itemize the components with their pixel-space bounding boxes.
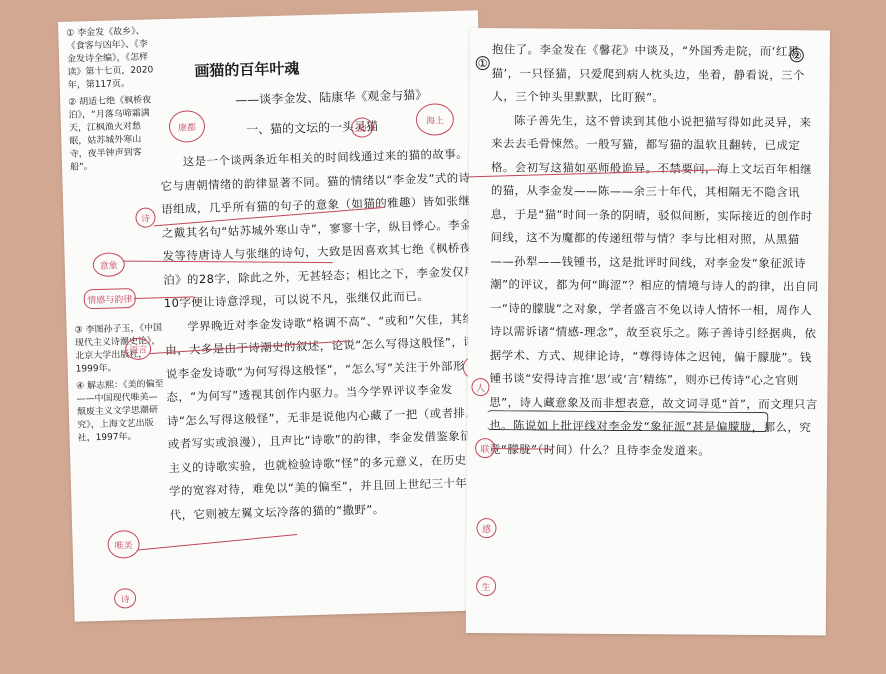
essay-title: 画猫的百年叶魂 — [194, 57, 300, 81]
annotation-bubble: 唯美 — [107, 530, 140, 559]
annotation-line — [138, 534, 297, 551]
right-manuscript-page: ① ② 抱住了。李金发在《馨花》中谈及，“外国秀走院，而‘红黑猫’，一只怪猫，只… — [466, 28, 830, 635]
left-manuscript-page: ① 李金发《故乡》、《食客与凶年》、《李金发诗全编》，《怎样读》第十七页，202… — [58, 10, 495, 621]
margin-notes: ① 李金发《故乡》、《食客与凶年》、《李金发诗全编》，《怎样读》第十七页，202… — [66, 25, 166, 449]
margin-note: ① 李金发《故乡》、《食客与凶年》、《李金发诗全编》，《怎样读》第十七页，202… — [66, 25, 156, 92]
page-marker: ① — [476, 56, 490, 70]
annotation-bubble: 情感与韵律 — [83, 288, 136, 309]
paragraph: 这是一个谈两条近年相关的时间线通过来的猫的故事。它与唐朝情绪的韵律显著不同。猫的… — [160, 142, 480, 315]
annotation-bubble: 海上 — [415, 103, 454, 136]
annotation-bubble: 生 — [476, 576, 496, 596]
essay-body-left: 这是一个谈两条近年相关的时间线通过来的猫的故事。它与唐朝情绪的韵律显著不同。猫的… — [160, 142, 486, 527]
essay-subtitle: ——谈李金发、陆康华《观金与猫》 — [235, 86, 427, 108]
essay-body-right: 抱住了。李金发在《馨花》中谈及，“外国秀走院，而‘红黑猫’，一只怪猫，只爱爬到病… — [489, 38, 822, 463]
annotation-bubble: 感 — [476, 518, 496, 538]
annotation-bubble: 韵 — [351, 117, 374, 138]
paragraph: 学界晚近对李金发诗歌“格调不高”、“或和”欠佳，其缘由，大多是由于诗潮史的叙述，… — [164, 307, 486, 527]
margin-note: ② 胡适七绝《枫桥夜泊》，“月落乌啼霜满天，江枫渔火对愁眠，姑苏城外寒山寺，夜半… — [68, 94, 158, 174]
bracket-box — [487, 410, 768, 432]
annotation-bubble: 康都 — [169, 110, 206, 143]
annotation-bubble: 诗 — [114, 588, 137, 609]
paragraph: 抱住了。李金发在《馨花》中谈及，“外国秀走院，而‘红黑猫’，一只怪猫，只爱爬到病… — [491, 38, 821, 111]
annotation-bubble: 人 — [471, 378, 489, 396]
margin-note: ④ 解志熙：《美的偏至——中国现代唯美—颓废主义文学思潮研究》，上海文艺出版社，… — [76, 378, 166, 445]
